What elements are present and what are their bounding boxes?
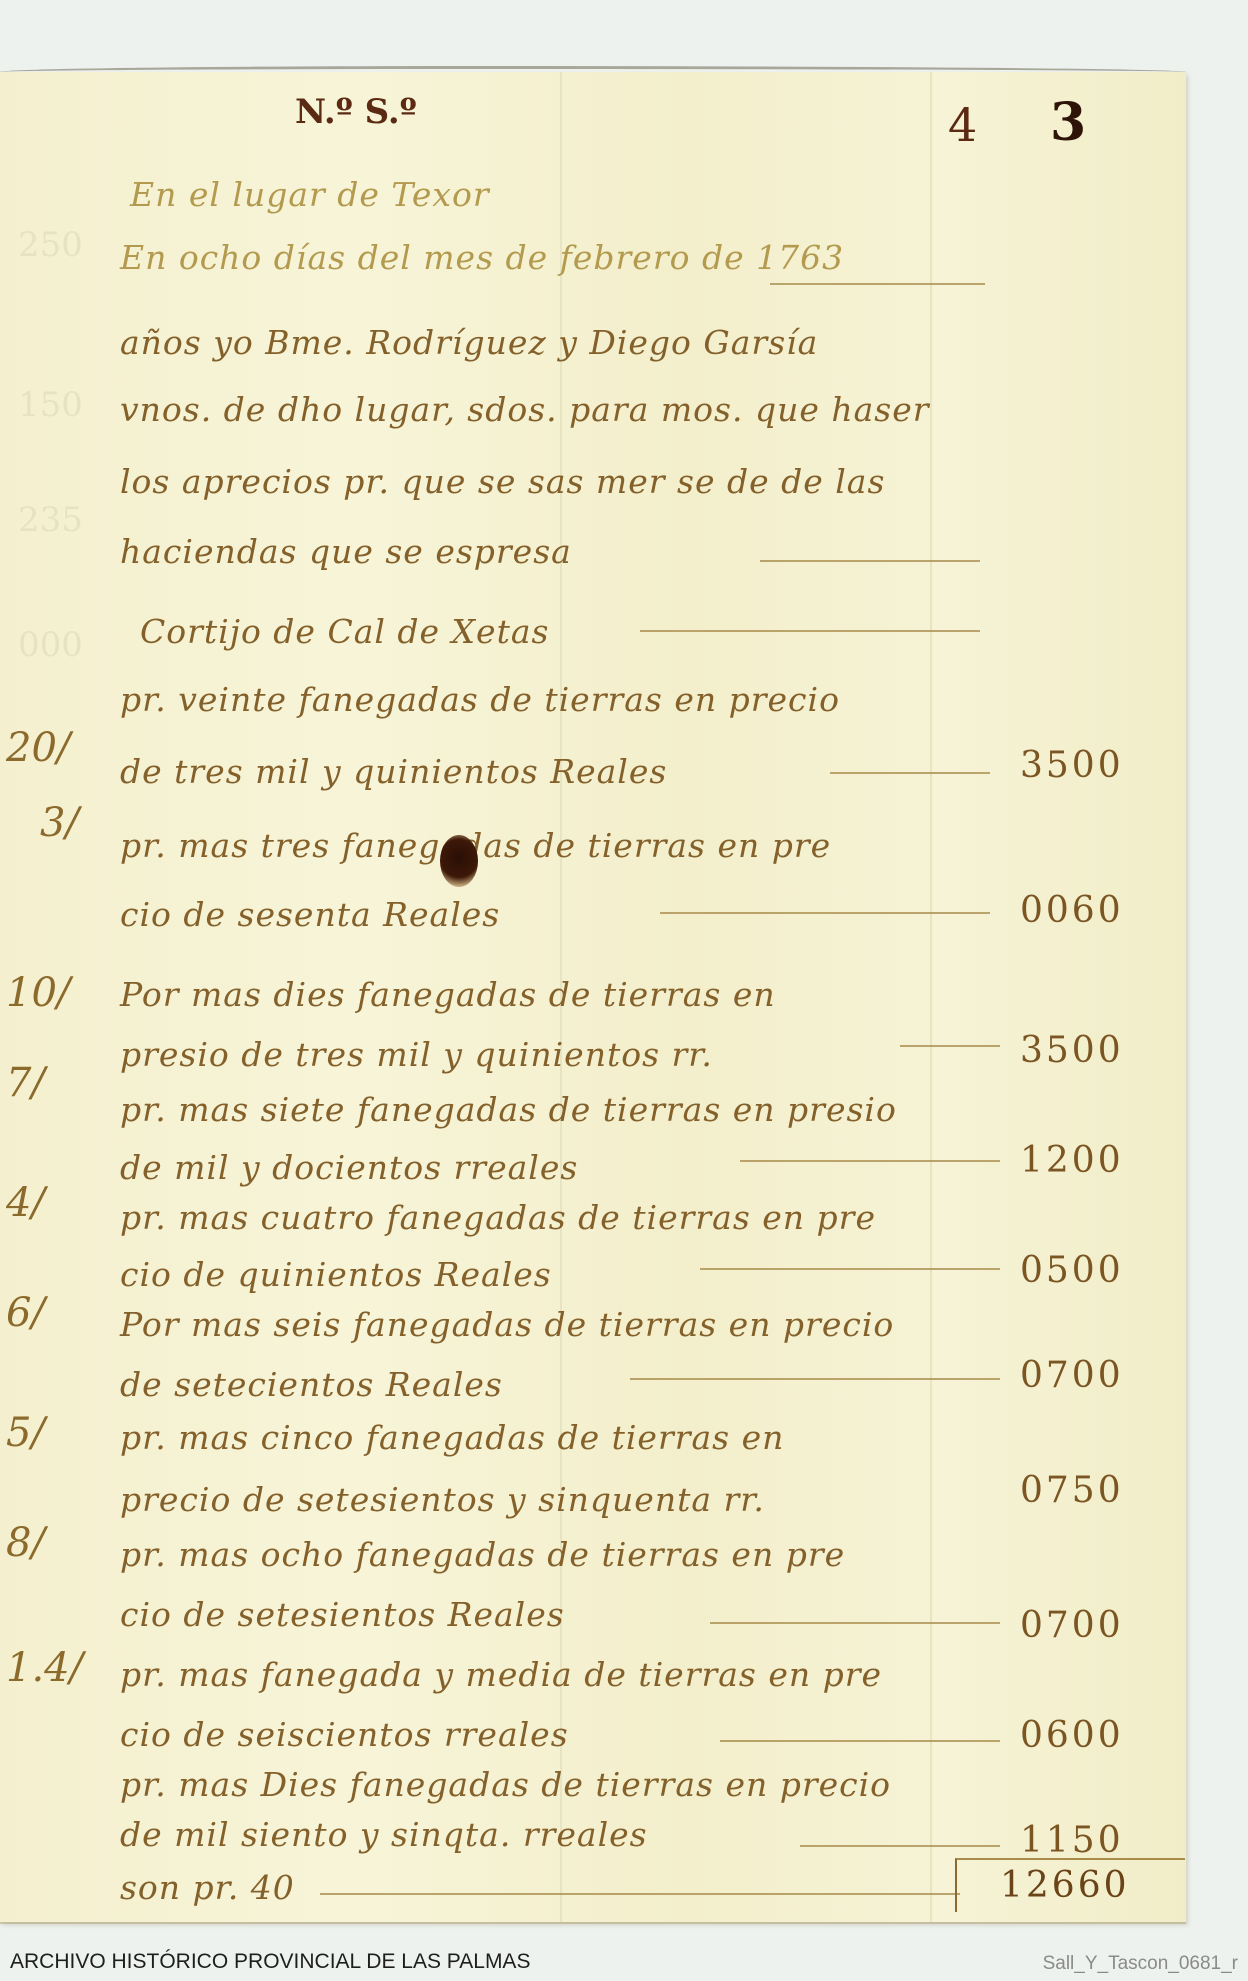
bleed-through-mark: 000 bbox=[18, 625, 83, 665]
entry-line: precio de setesientos y sinquenta rr. bbox=[120, 1480, 765, 1519]
number-mark: N.º S.º bbox=[295, 92, 417, 132]
entry-line: Por mas seis fanegadas de tierras en pre… bbox=[120, 1305, 894, 1344]
entry-line: de mil siento y sinqta. rreales bbox=[120, 1815, 648, 1854]
filler-line bbox=[900, 1045, 1000, 1047]
amount: 3500 bbox=[1020, 745, 1160, 786]
amount: 0060 bbox=[1020, 890, 1160, 931]
amount: 0700 bbox=[1020, 1605, 1160, 1646]
filler-line bbox=[630, 1378, 1000, 1380]
entry-line: de mil y docientos rreales bbox=[120, 1148, 578, 1187]
entry-line: de setecientos Reales bbox=[120, 1365, 503, 1404]
amount: 0700 bbox=[1020, 1355, 1160, 1396]
paper-fold bbox=[930, 72, 932, 1922]
amount: 0600 bbox=[1020, 1715, 1160, 1756]
bleed-through-mark: 150 bbox=[18, 385, 83, 425]
text-line: haciendas que se espresa bbox=[120, 532, 572, 571]
amount: 1200 bbox=[1020, 1140, 1160, 1181]
folio-number: 4 bbox=[948, 98, 977, 152]
filler-line bbox=[830, 772, 990, 774]
image-reference: Sall_Y_Tascon_0681_r bbox=[1043, 1953, 1238, 1975]
amount: 3500 bbox=[1020, 1030, 1160, 1071]
filler-line bbox=[660, 912, 990, 914]
margin-tally: 3/ bbox=[40, 800, 79, 846]
entry-line: pr. mas fanegada y media de tierras en p… bbox=[120, 1655, 882, 1694]
filler-line bbox=[720, 1740, 1000, 1742]
entry-line: de tres mil y quinientos Reales bbox=[120, 752, 667, 791]
ink-blot bbox=[440, 835, 478, 887]
margin-tally: 20/ bbox=[6, 725, 70, 771]
total-amount: 12660 bbox=[1000, 1865, 1140, 1906]
margin-tally: 4/ bbox=[6, 1180, 45, 1226]
margin-tally: 8/ bbox=[6, 1520, 45, 1566]
entry-line: pr. mas cinco fanegadas de tierras en bbox=[120, 1418, 784, 1457]
entry-line: pr. mas cuatro fanegadas de tierras en p… bbox=[120, 1198, 876, 1237]
entry-line: cio de setesientos Reales bbox=[120, 1595, 565, 1634]
entry-line: presio de tres mil y quinientos rr. bbox=[120, 1035, 713, 1074]
entry-line: cio de sesenta Reales bbox=[120, 895, 500, 934]
underline bbox=[770, 283, 985, 285]
text-line: vnos. de dho lugar, sdos. para mos. que … bbox=[120, 390, 930, 429]
entry-line: cio de seiscientos rreales bbox=[120, 1715, 569, 1754]
entry-line: cio de quinientos Reales bbox=[120, 1255, 552, 1294]
text-line: los aprecios pr. que se sas mer se de de… bbox=[120, 462, 885, 501]
folio-corner-mark: 3 bbox=[1050, 92, 1086, 153]
filler-line bbox=[800, 1845, 1000, 1847]
entry-line: Por mas dies fanegadas de tierras en bbox=[120, 975, 776, 1014]
margin-tally: 1.4/ bbox=[6, 1645, 83, 1691]
entry-line: pr. mas Dies fanegadas de tierras en pre… bbox=[120, 1765, 891, 1804]
text-line: En ocho días del mes de febrero de 1763 bbox=[120, 238, 844, 277]
filler-line bbox=[740, 1160, 1000, 1162]
filler-line bbox=[320, 1893, 960, 1895]
text-line: En el lugar de Texor bbox=[130, 175, 490, 214]
margin-tally: 5/ bbox=[6, 1410, 45, 1456]
filler-line bbox=[710, 1622, 1000, 1624]
amount: 1150 bbox=[1020, 1820, 1160, 1861]
amount: 0500 bbox=[1020, 1250, 1160, 1291]
filler-line bbox=[760, 560, 980, 562]
summary-line: son pr. 40 bbox=[120, 1868, 295, 1907]
entry-line: pr. mas siete fanegadas de tierras en pr… bbox=[120, 1090, 897, 1129]
bleed-through-mark: 250 bbox=[18, 225, 83, 265]
margin-tally: 6/ bbox=[6, 1290, 45, 1336]
section-heading: Cortijo de Cal de Xetas bbox=[140, 612, 549, 651]
margin-tally: 10/ bbox=[6, 970, 70, 1016]
margin-tally: 7/ bbox=[6, 1060, 45, 1106]
filler-line bbox=[640, 630, 980, 632]
bleed-through-mark: 235 bbox=[18, 500, 83, 540]
archive-label: ARCHIVO HISTÓRICO PROVINCIAL DE LAS PALM… bbox=[10, 1950, 530, 1974]
entry-line: pr. veinte fanegadas de tierras en preci… bbox=[120, 680, 840, 719]
amount: 0750 bbox=[1020, 1470, 1160, 1511]
filler-line bbox=[700, 1268, 1000, 1270]
entry-line: pr. mas ocho fanegadas de tierras en pre bbox=[120, 1535, 845, 1574]
text-line: años yo Bme. Rodríguez y Diego Garsía bbox=[120, 323, 818, 362]
